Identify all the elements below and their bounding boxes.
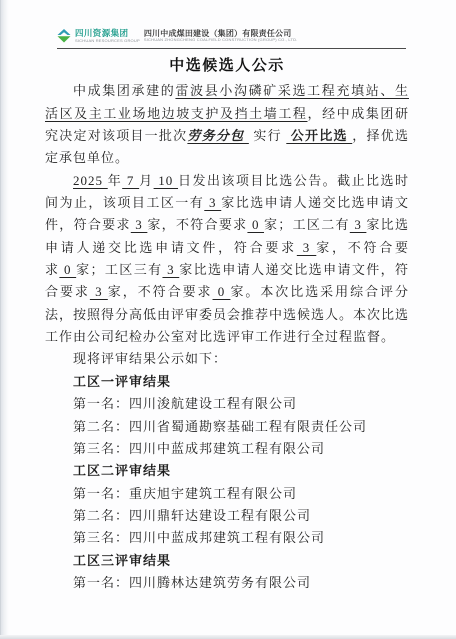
text-segment: 家，不符合要求 bbox=[108, 284, 213, 299]
letterhead: 四川资源集团 SICHUAN RESOURCES GROUP 四川中成煤田建设（… bbox=[57, 29, 406, 49]
zone1-results-heading: 工区一评审结果 bbox=[45, 371, 409, 393]
year-value: 2025 bbox=[73, 173, 108, 188]
zone1-unqualified-count: 0 bbox=[247, 217, 264, 232]
zone2-results-heading: 工区二评审结果 bbox=[45, 460, 409, 482]
zone1-applicants-count: 3 bbox=[204, 195, 221, 210]
group-name-block: 四川资源集团 SICHUAN RESOURCES GROUP bbox=[75, 29, 140, 43]
zone3-results-heading: 工区三评审结果 bbox=[45, 550, 409, 572]
text-segment: 中成集团承建的 bbox=[73, 83, 175, 98]
zone3-applicants-count: 3 bbox=[162, 262, 179, 277]
text-segment: 实行 bbox=[249, 128, 286, 143]
zone2-unqualified-count: 0 bbox=[59, 262, 76, 277]
document-body: 中成集团承建的雷波县小沟磷矿采选工程充填站、生活区及主工业场地边坡支护及挡土墙工… bbox=[45, 80, 409, 594]
page-title: 中选候选人公示 bbox=[45, 56, 409, 77]
zone2-qualified-count: 3 bbox=[297, 240, 316, 255]
text-segment: 家；工区三有 bbox=[76, 262, 162, 277]
company-name-block: 四川中成煤田建设（集团）有限责任公司 SICHUAN ZHONGCHENG CO… bbox=[144, 29, 298, 43]
zone2-rank-3: 第三名：四川中蓝成邦建筑工程有限公司 bbox=[45, 527, 409, 549]
zone1-qualified-count: 3 bbox=[131, 217, 148, 232]
zone3-qualified-count: 3 bbox=[90, 284, 108, 299]
scan-edge-bottom bbox=[0, 635, 456, 639]
zone3-rank-1: 第一名：四川腾林达建筑劳务有限公司 bbox=[45, 572, 409, 594]
paragraph-bidding-summary: 2025 年 7 月 10 日发出该项目比选公告。截止比选时间为止，该项目工区一… bbox=[45, 170, 409, 349]
text-segment: 现将评审结果公示如下： bbox=[73, 351, 227, 366]
section-zone1-results: 工区一评审结果 第一名：四川浚航建设工程有限公司 第二名：四川省蜀通勘察基础工程… bbox=[45, 371, 409, 460]
section-zone3-results: 工区三评审结果 第一名：四川腾林达建筑劳务有限公司 bbox=[45, 550, 409, 595]
paragraph-project-intro: 中成集团承建的雷波县小沟磷矿采选工程充填站、生活区及主工业场地边坡支护及挡土墙工… bbox=[45, 80, 409, 169]
zone2-applicants-count: 3 bbox=[350, 217, 367, 232]
zone1-rank-3: 第三名：四川中蓝成邦建筑工程有限公司 bbox=[45, 438, 409, 460]
group-name-en: SICHUAN RESOURCES GROUP bbox=[75, 39, 140, 44]
zone3-unqualified-count: 0 bbox=[213, 284, 231, 299]
scan-edge-left bbox=[0, 0, 9, 639]
logo-row: 四川资源集团 SICHUAN RESOURCES GROUP 四川中成煤田建设（… bbox=[57, 29, 406, 43]
zone1-rank-1: 第一名：四川浚航建设工程有限公司 bbox=[45, 393, 409, 415]
day-value: 10 bbox=[154, 173, 178, 188]
text-segment: 月 bbox=[139, 173, 153, 188]
section-zone2-results: 工区二评审结果 第一名：重庆旭宇建筑工程有限公司 第二名：四川鼎轩达建设工程有限… bbox=[45, 460, 409, 549]
zone1-rank-2: 第二名：四川省蜀通勘察基础工程有限责任公司 bbox=[45, 416, 409, 438]
company-name-en: SICHUAN ZHONGCHENG COALFIELD CONSTRUCTIO… bbox=[144, 38, 298, 43]
company-logo-icon bbox=[57, 29, 71, 43]
labor-subcontract-emphasis: 劳务分包 bbox=[187, 128, 248, 143]
zone2-rank-2: 第二名：四川鼎轩达建设工程有限公司 bbox=[45, 505, 409, 527]
open-bidding-emphasis: 公开比选 bbox=[286, 128, 352, 143]
text-segment: 年 bbox=[108, 173, 122, 188]
text-segment: 家；工区二有 bbox=[264, 217, 350, 232]
paragraph-results-intro: 现将评审结果公示如下： bbox=[45, 348, 409, 370]
scanned-announcement-page: 四川资源集团 SICHUAN RESOURCES GROUP 四川中成煤田建设（… bbox=[0, 0, 456, 639]
zone2-rank-1: 第一名：重庆旭宇建筑工程有限公司 bbox=[45, 483, 409, 505]
month-value: 7 bbox=[122, 173, 139, 188]
text-segment: 家，不符合要求 bbox=[147, 217, 247, 232]
